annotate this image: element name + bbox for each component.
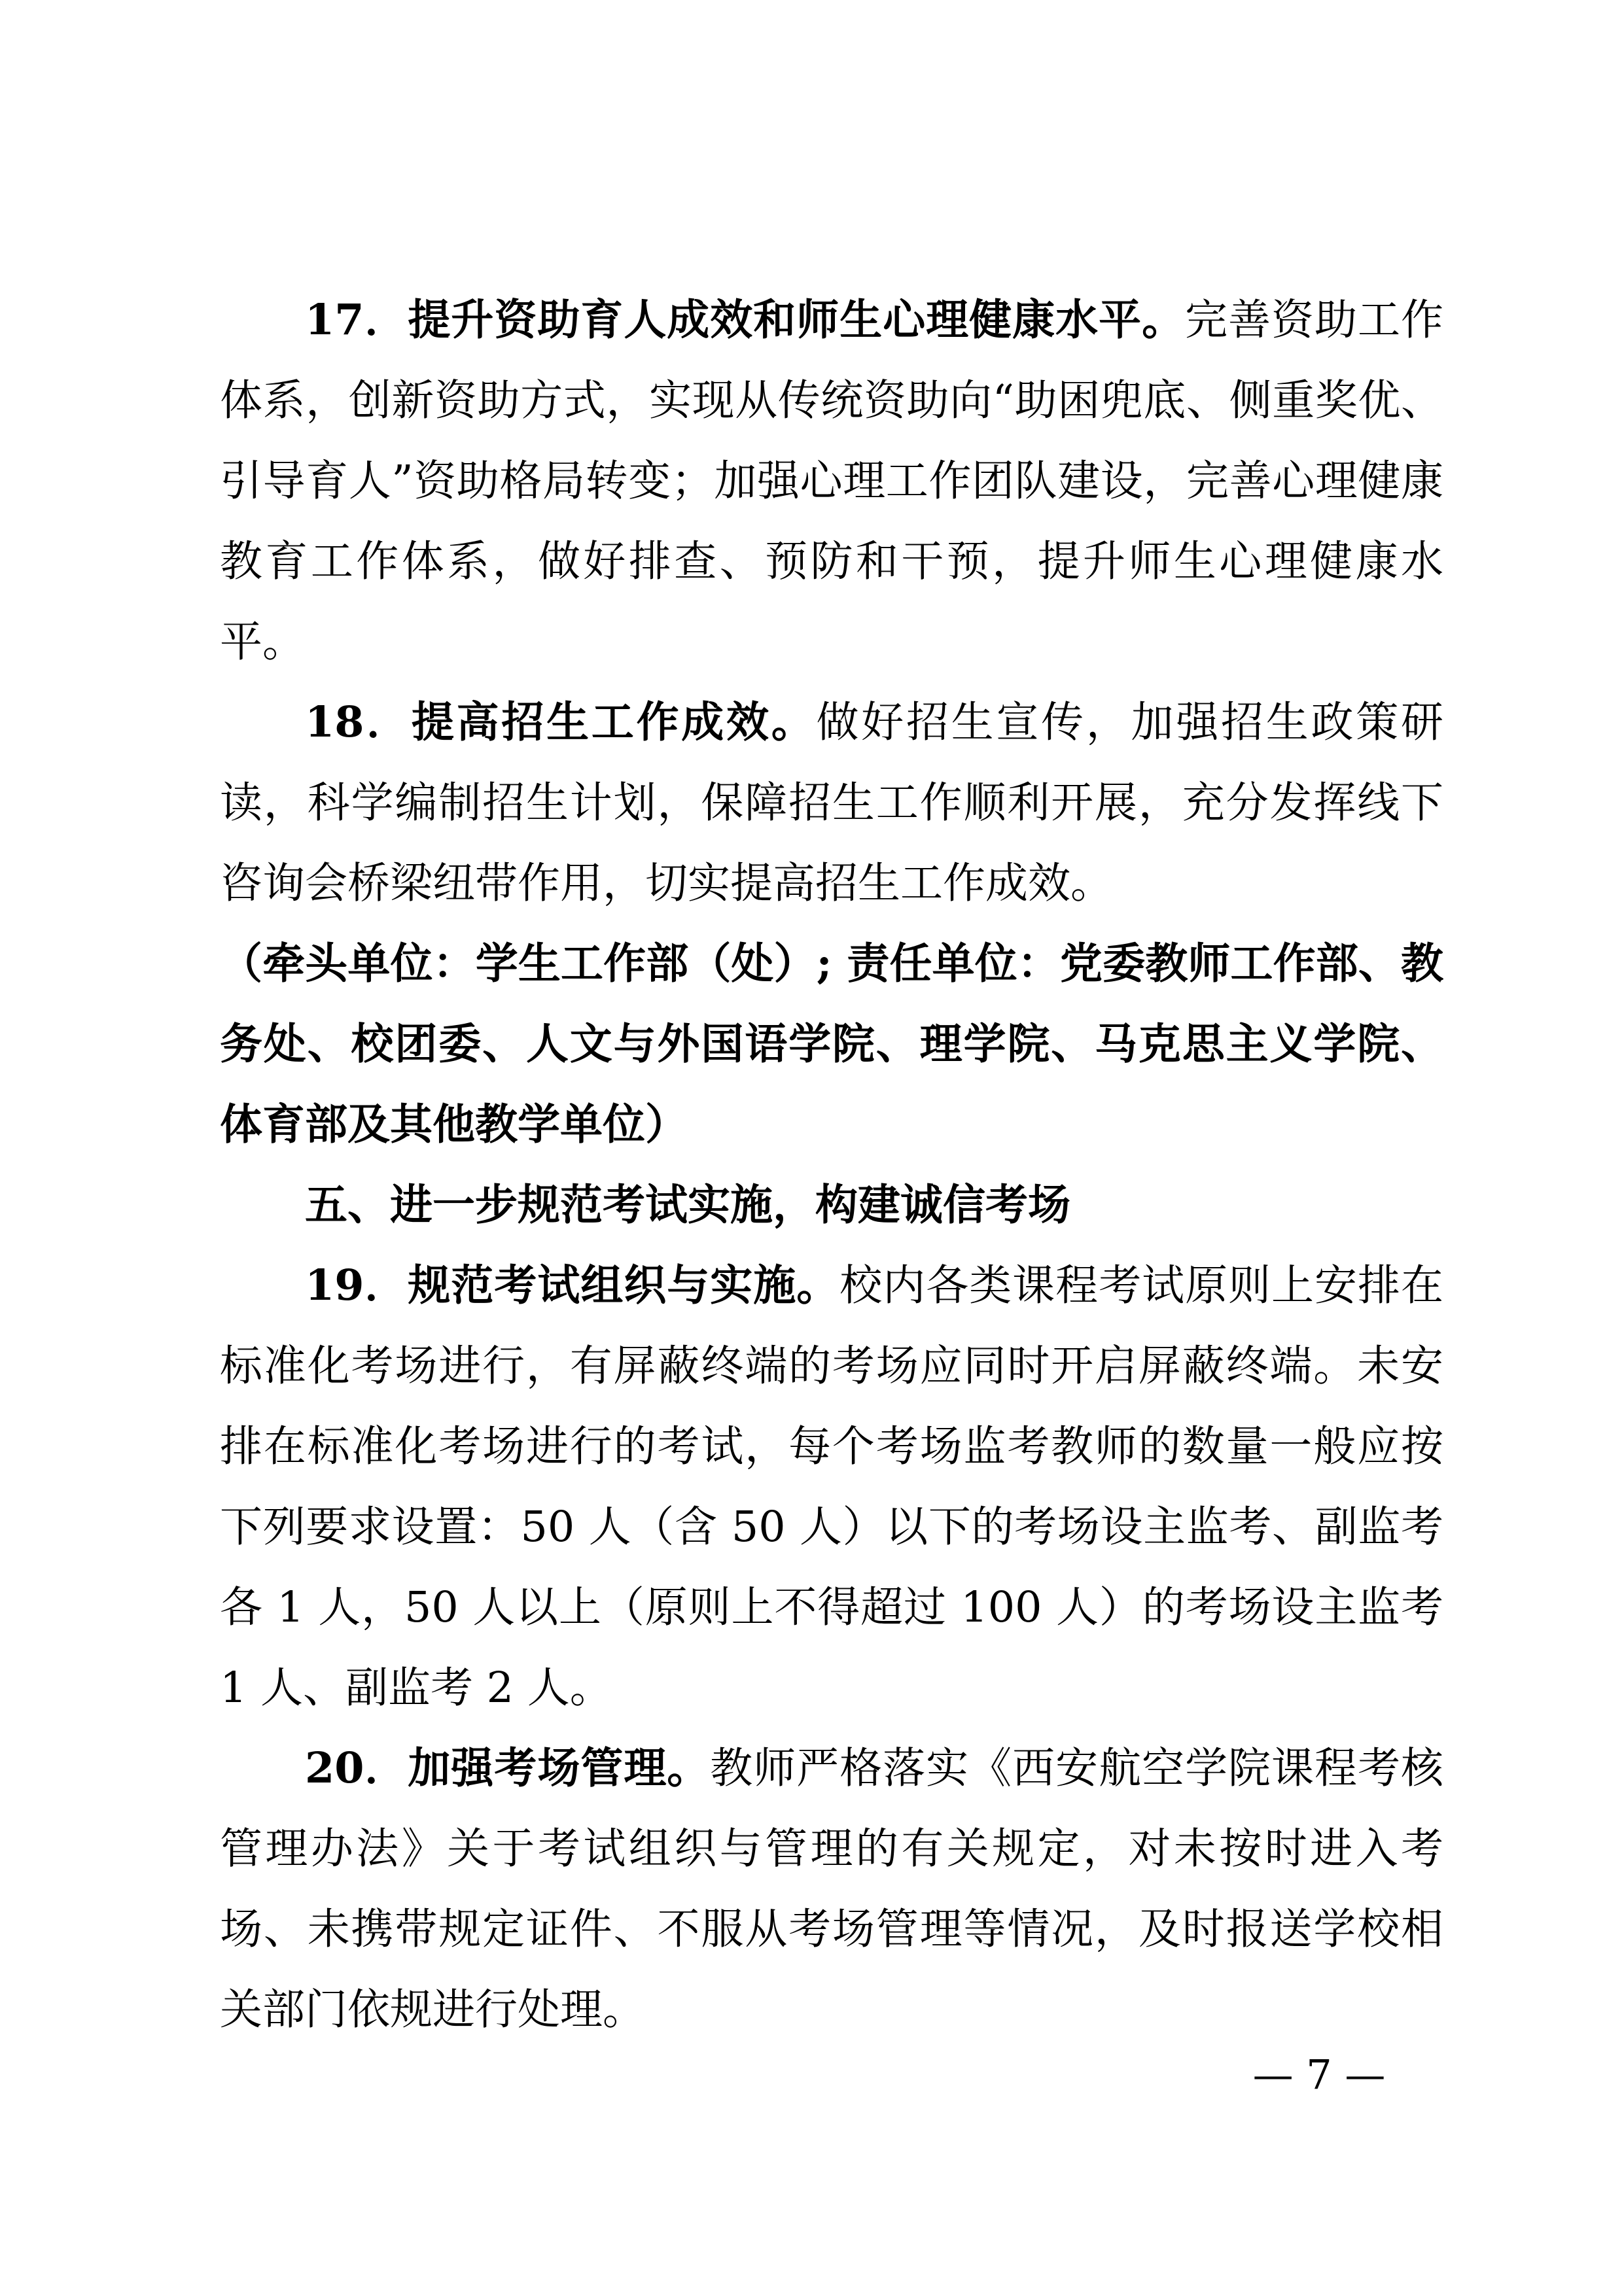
responsible-units-note: （牵头单位：学生工作部（处）; 责任单位：党委教师工作部、教务处、校团委、人文与… (220, 924, 1443, 1165)
document-body: 17．提升资助育人成效和师生心理健康水平。完善资助工作体系，创新资助方式，实现从… (220, 280, 1443, 2050)
paragraph-item-19-heading: 19．规范考试组织与实施。 (305, 1261, 839, 1310)
paragraph-item-17-heading: 17．提升资助育人成效和师生心理健康水平。 (305, 295, 1185, 345)
paragraph-item-19: 19．规范考试组织与实施。校内各类课程考试原则上安排在标准化考场进行，有屏蔽终端… (220, 1245, 1443, 1728)
section-5-heading: 五、进一步规范考试实施，构建诚信考场 (220, 1165, 1443, 1245)
paragraph-item-20-heading: 20．加强考场管理。 (305, 1743, 710, 1793)
paragraph-item-18-heading: 18．提高招生工作成效。 (305, 697, 816, 747)
document-page: 17．提升资助育人成效和师生心理健康水平。完善资助工作体系，创新资助方式，实现从… (0, 0, 1624, 2296)
paragraph-item-19-text: 校内各类课程考试原则上安排在标准化考场进行，有屏蔽终端的考场应同时开启屏蔽终端。… (220, 1261, 1443, 1713)
paragraph-item-18: 18．提高招生工作成效。做好招生宣传，加强招生政策研读，科学编制招生计划，保障招… (220, 682, 1443, 924)
page-number: — 7 — (1188, 2051, 1450, 2098)
paragraph-item-17: 17．提升资助育人成效和师生心理健康水平。完善资助工作体系，创新资助方式，实现从… (220, 280, 1443, 682)
paragraph-item-17-text: 完善资助工作体系，创新资助方式，实现从传统资助向“助困兜底、侧重奖优、引导育人”… (220, 296, 1443, 667)
paragraph-item-20: 20．加强考场管理。教师严格落实《西安航空学院课程考核管理办法》关于考试组织与管… (220, 1728, 1443, 2050)
